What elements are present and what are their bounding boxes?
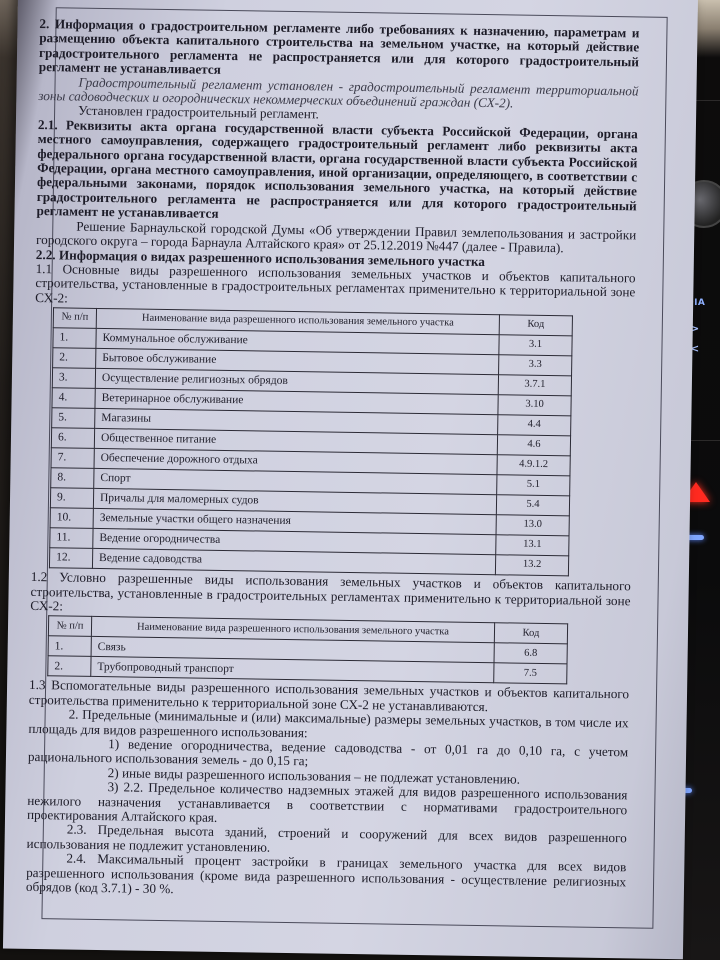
use-code: 4.4 <box>498 415 571 436</box>
row-number: 11. <box>50 528 93 549</box>
use-code: 4.6 <box>497 435 570 456</box>
conditional-uses-table-body: 1.Связь6.82.Трубопроводный транспорт7.5 <box>48 636 568 684</box>
conditional-uses-table: № п/п Наименование вида разрешенного исп… <box>47 616 568 685</box>
row-number: 8. <box>51 468 94 489</box>
main-uses-intro: 1.1 Основные виды разрешенного использов… <box>35 262 636 315</box>
conditional-uses-intro: 1.2 Условно разрешенные виды использован… <box>30 570 631 623</box>
row-number: 7. <box>51 448 94 469</box>
column-header-num: № п/п <box>53 308 96 329</box>
row-number: 5. <box>52 408 95 429</box>
row-number: 10. <box>50 508 93 529</box>
column-header-num: № п/п <box>48 616 91 637</box>
section-2-1-heading: 2.1. Реквизиты акта органа государственн… <box>36 118 638 228</box>
use-code: 4.9.1.2 <box>497 455 570 476</box>
column-header-code: Код <box>494 623 567 644</box>
column-header-code: Код <box>499 315 572 336</box>
use-code: 6.8 <box>494 643 567 664</box>
row-number: 1. <box>48 636 91 657</box>
section-2-heading: 2. Информация о градостроительном реглам… <box>39 17 640 84</box>
use-code: 3.3 <box>499 355 572 376</box>
row-number: 9. <box>50 488 93 509</box>
row-number: 1. <box>53 328 96 349</box>
use-code: 13.2 <box>495 555 568 576</box>
row-number: 2. <box>48 656 91 677</box>
row-number: 12. <box>49 548 92 569</box>
use-code: 5.1 <box>497 475 570 496</box>
row-number: 3. <box>52 368 95 389</box>
row-number: 2. <box>53 348 96 369</box>
main-uses-table: № п/п Наименование вида разрешенного исп… <box>49 307 573 576</box>
use-code: 7.5 <box>494 663 567 684</box>
use-code: 3.1 <box>499 335 572 356</box>
document-content: 2. Информация о градостроительном реглам… <box>26 17 640 904</box>
main-uses-table-body: 1.Коммунальное обслуживание3.12.Бытовое … <box>49 328 572 576</box>
use-code: 3.7.1 <box>498 375 571 396</box>
use-code: 13.0 <box>496 515 569 536</box>
use-code: 13.1 <box>496 535 569 556</box>
document-sheet: 2. Информация о градостроительном реглам… <box>3 0 698 959</box>
use-code: 3.10 <box>498 395 571 416</box>
row-number: 4. <box>52 388 95 409</box>
use-code: 5.4 <box>496 495 569 516</box>
row-number: 6. <box>51 428 94 449</box>
